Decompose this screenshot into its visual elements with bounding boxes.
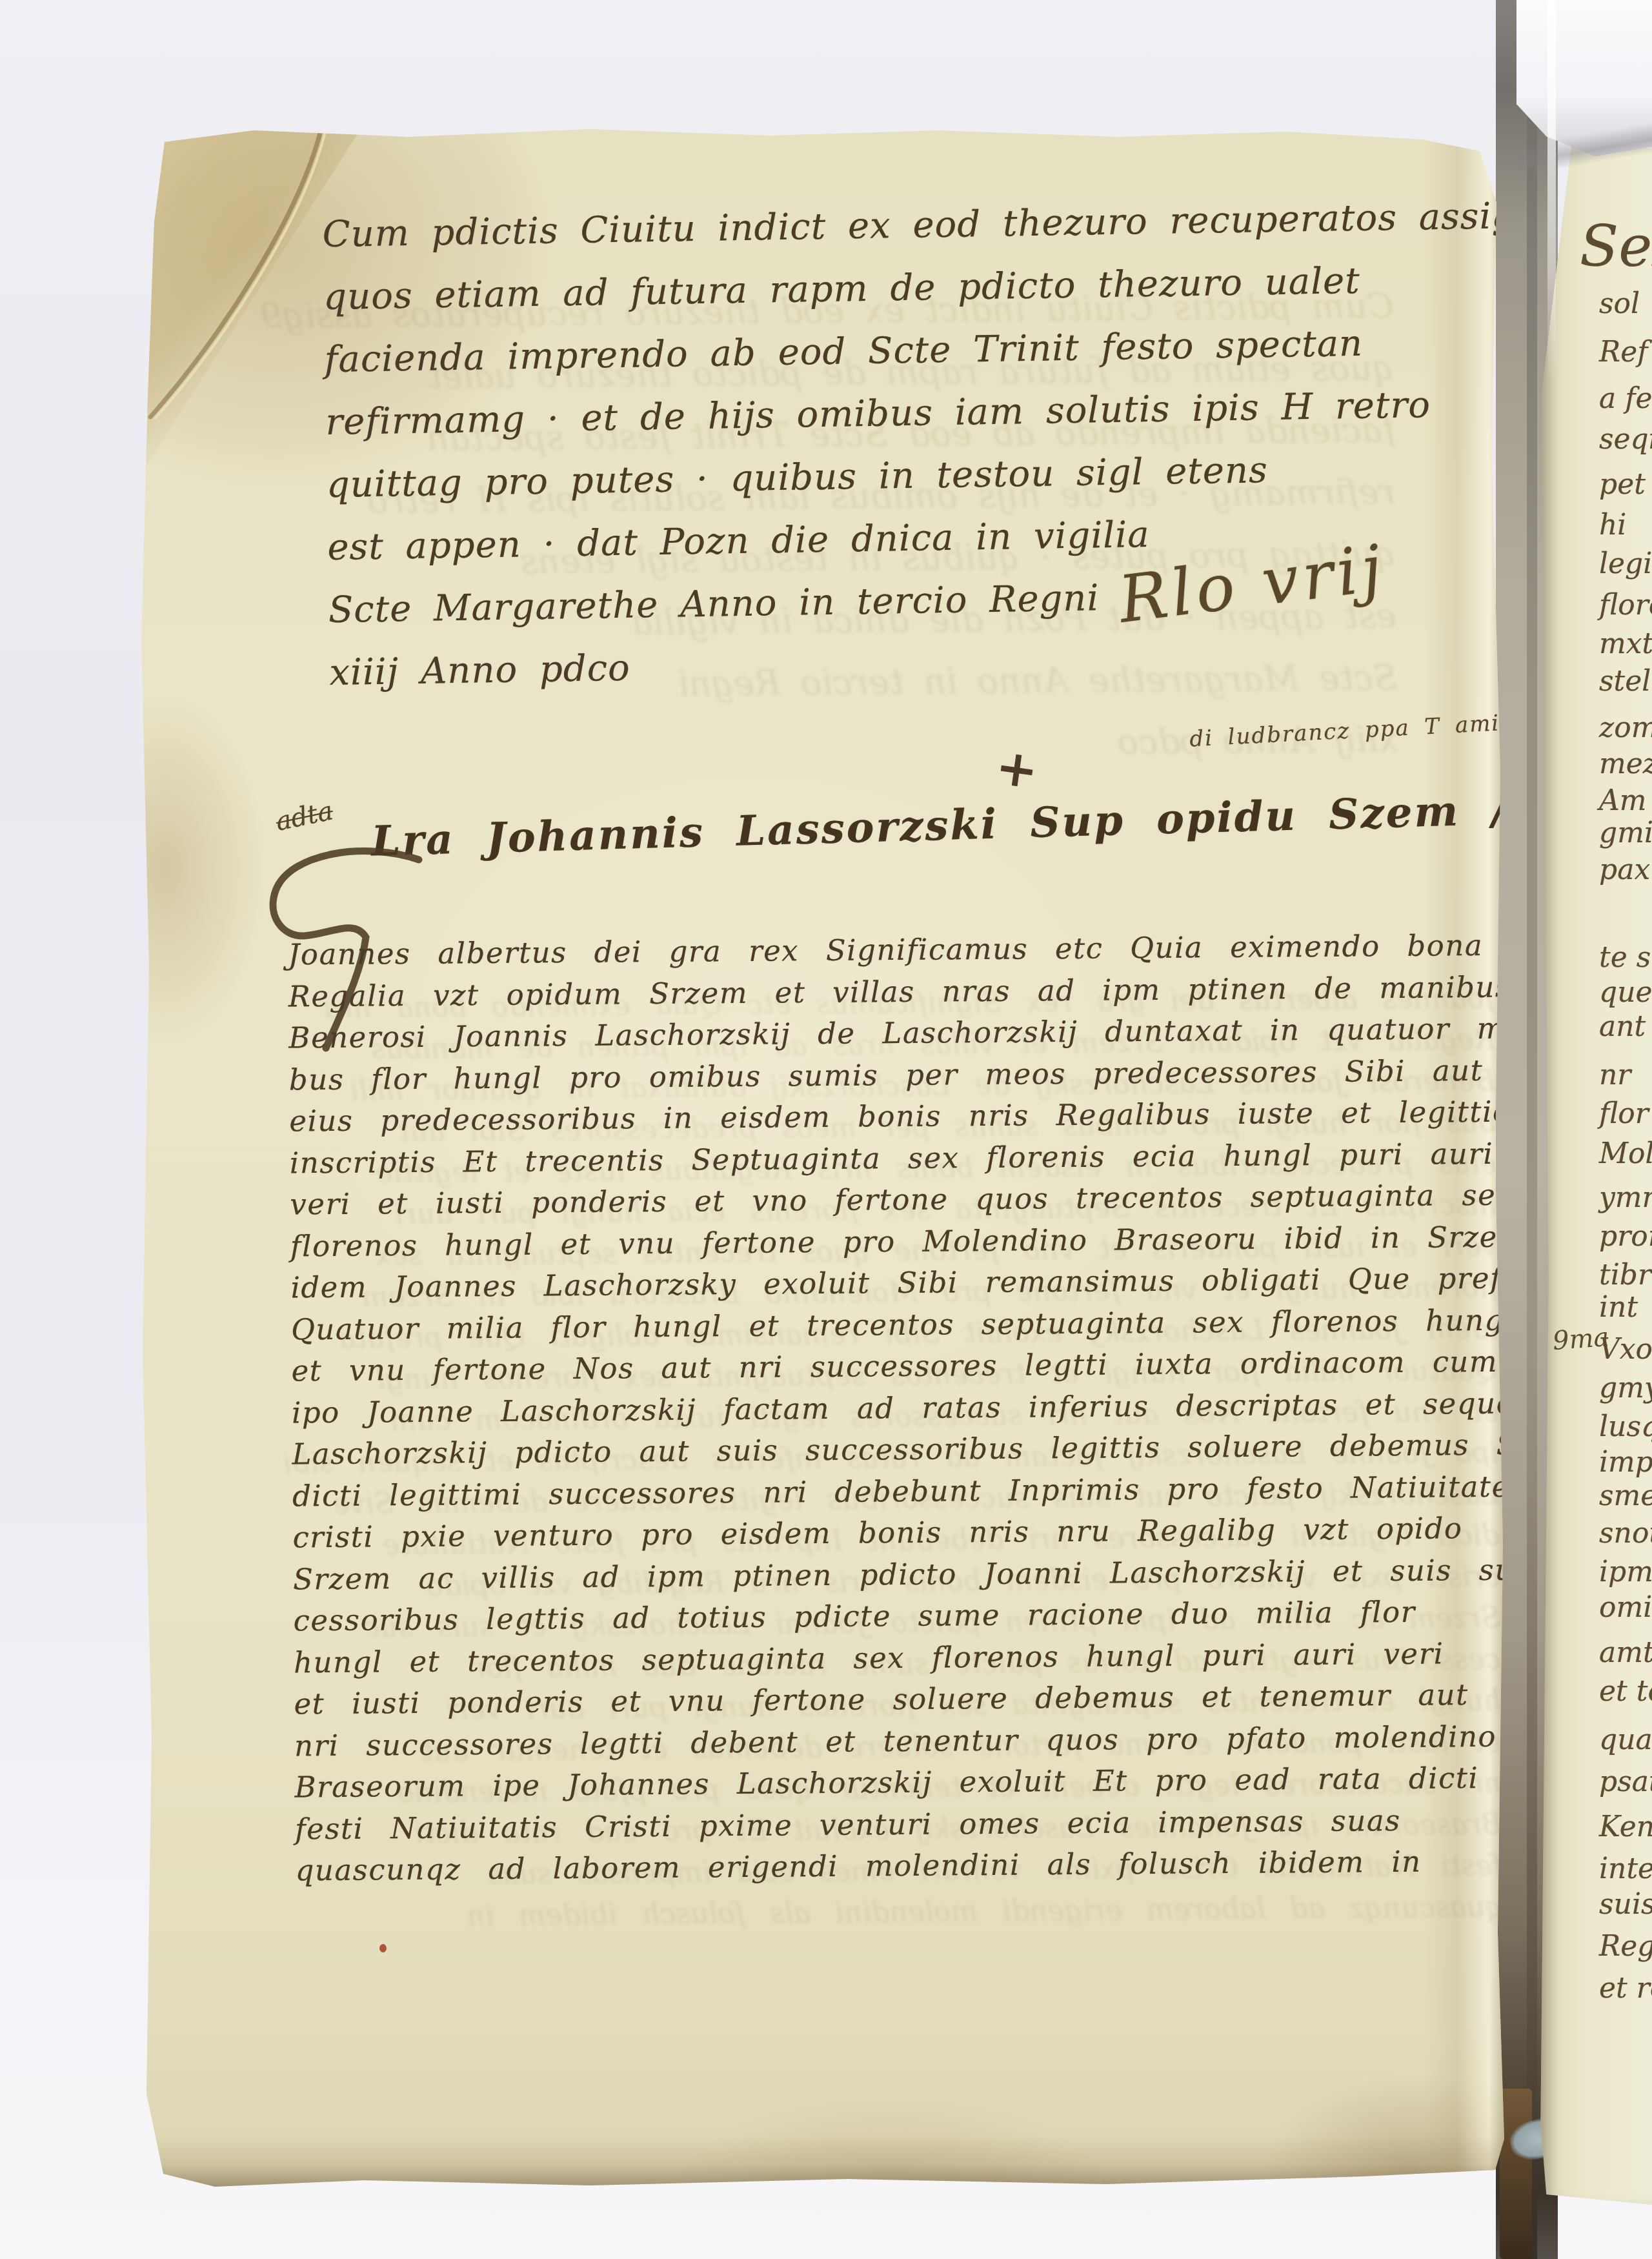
verso-text-fragment: Sez [1580,213,1652,279]
verso-text-fragment: Am [1599,784,1647,817]
verso-text-fragment: et re [1599,1972,1652,2005]
verso-text-fragment: te s [1599,941,1651,974]
verso-text-fragment: omib9 [1599,1591,1652,1624]
verso-text-fragment: a fe [1599,382,1652,415]
verso-text-fragment: sol [1599,287,1640,320]
binding-rod [1500,2089,1532,2259]
verso-text-fragment: amt [1599,1636,1652,1669]
gutter-shadow-line [1527,0,1537,2259]
verso-text-fragment: lusq [1599,1410,1652,1443]
body-paragraph: Joannes albertus dei gra rex Significamu… [288,925,1525,1892]
verso-text-fragment: seqi [1599,423,1652,456]
verso-text-fragment: sme [1599,1479,1652,1512]
verso-text-fragment: hi [1599,509,1626,542]
verso-text-fragment: ymn [1599,1181,1652,1214]
verso-text-fragment: imp [1599,1446,1652,1479]
verso-text-fragment: zom [1599,711,1652,744]
bleed-through-line: quascunqz ad laborem erigendi molendini … [167,1887,1503,1940]
red-ink-dot [379,1944,387,1952]
verso-text-fragment: pet [1599,468,1646,501]
verso-text-fragment: snote [1599,1517,1652,1550]
verso-text-fragment: pax [1599,853,1650,886]
verso-text-fragment: mez [1599,747,1652,780]
verso-text-fragment: quer [1599,976,1652,1009]
verso-text-fragment: suis s [1599,1888,1652,1921]
verso-text-fragment: Keno [1599,1810,1652,1843]
verso-text-fragment: mxt [1599,627,1652,660]
verso-text-fragment: nr [1599,1059,1631,1091]
text-line: quascunqz ad laborem erigendi molendini … [295,1840,1524,1891]
verso-text-fragment: Mol [1599,1137,1652,1170]
verso-margin-note: 9ma [1552,1322,1610,1356]
gutter-highlight [1547,0,1556,381]
verso-text-fragment: quas [1599,1723,1652,1756]
verso-text-fragment: Rega [1599,1930,1652,1963]
opening-paragraph: Cum pdictis Ciuitu indict ex eod thezuro… [322,187,1401,704]
verso-text-fragment: int [1599,1291,1638,1324]
verso-text-fragment: ipm [1599,1555,1652,1588]
verso-text-fragment: Ref [1599,336,1647,369]
verso-text-fragment: pror [1599,1220,1652,1253]
verso-text-fragment: legi [1599,547,1652,580]
verso-text-fragment: gmy [1599,1372,1652,1404]
heading-cross-mark: + [992,737,1042,801]
verso-text-fragment: flor [1599,1097,1649,1130]
recto-margin-note: adta [273,796,336,837]
interleaf-sheet-edge [1516,90,1652,168]
verso-text-fragment: ant [1599,1010,1646,1043]
verso-text-fragment: flore [1599,589,1652,622]
verso-text-fragment: gmi [1599,816,1652,849]
verso-text-fragment: et te [1599,1675,1652,1708]
verso-text-fragment: tibr [1599,1259,1651,1292]
manuscript-page: Cum pdictis Ciuitu indict ex eod thezuro… [137,125,1507,2189]
verso-text-fragment: stella [1599,665,1652,698]
verso-text-fragment: psate [1599,1765,1652,1798]
manuscript-photo: SezsolRefa feseqipethilegifloremxtstella… [0,0,1652,2259]
verso-text-fragment: integ [1599,1852,1652,1885]
entry-heading: Lra Johannis Lassorzski Sup opidu Szem / [370,785,1509,866]
